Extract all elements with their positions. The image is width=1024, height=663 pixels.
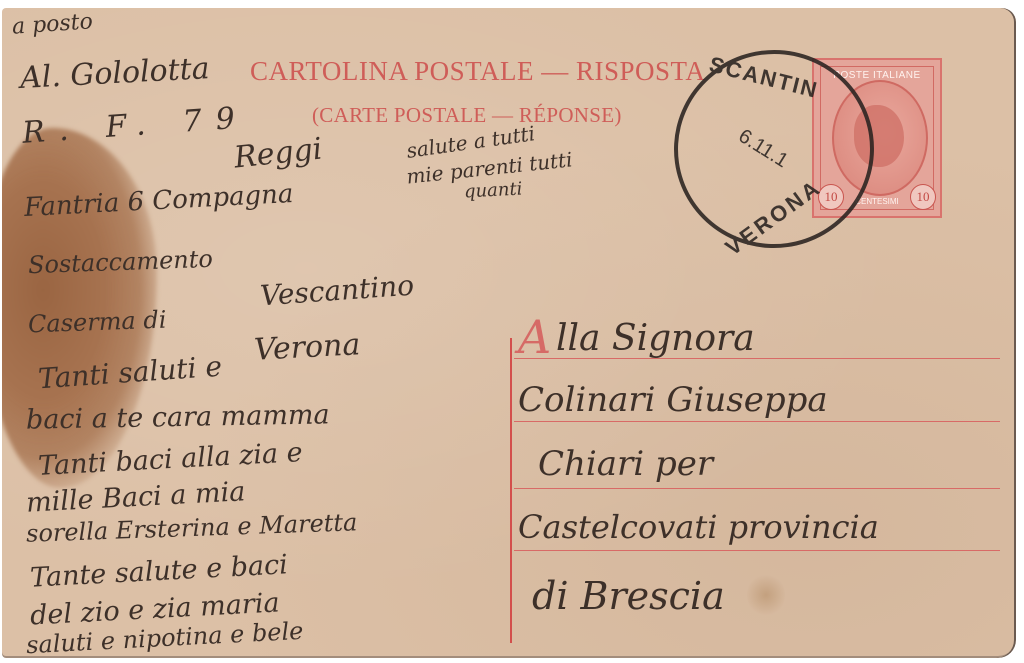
card-title: CARTOLINA POSTALE — RISPOSTA: [250, 56, 705, 87]
sender-line: Vescantino: [259, 269, 415, 313]
address-line-5: di Brescia: [532, 574, 725, 618]
message-line: baci a te cara mamma: [26, 399, 330, 435]
postmark-province: VERONA: [721, 174, 827, 261]
address-line-2: Colinari Giuseppa: [518, 380, 828, 420]
side-note-line: quanti: [463, 178, 522, 202]
postcard: CARTOLINA POSTALE — RISPOSTA (CARTE POST…: [2, 8, 1016, 658]
postmark-town: SCANTIN: [706, 52, 821, 104]
postmark-date: 6.11.1: [734, 125, 792, 173]
address-rule: [514, 488, 1000, 489]
foxing-spot: [747, 573, 785, 617]
sender-line: a posto: [11, 9, 93, 40]
address-line-4: Castelcovati provincia: [518, 508, 879, 546]
sender-line: Verona: [253, 327, 361, 368]
address-line-1: lla Signora: [556, 318, 755, 359]
sender-line: Reggi: [232, 131, 324, 175]
address-divider-line: [510, 338, 512, 643]
sender-line: Sostaccamento: [28, 245, 214, 279]
address-line-3: Chiari per: [538, 444, 713, 484]
sender-line: Caserma di: [28, 306, 167, 339]
sender-line: Al. Gololotta: [19, 51, 210, 96]
address-rule: [514, 421, 1000, 422]
message-line: Tante salute e baci: [29, 549, 288, 593]
address-initial: A: [518, 310, 551, 364]
stamp-value-right: 10: [910, 184, 936, 210]
card-subtitle: (CARTE POSTALE — RÉPONSE): [312, 103, 622, 128]
address-rule: [514, 550, 1000, 551]
sender-line: R. F. 79: [21, 100, 250, 151]
